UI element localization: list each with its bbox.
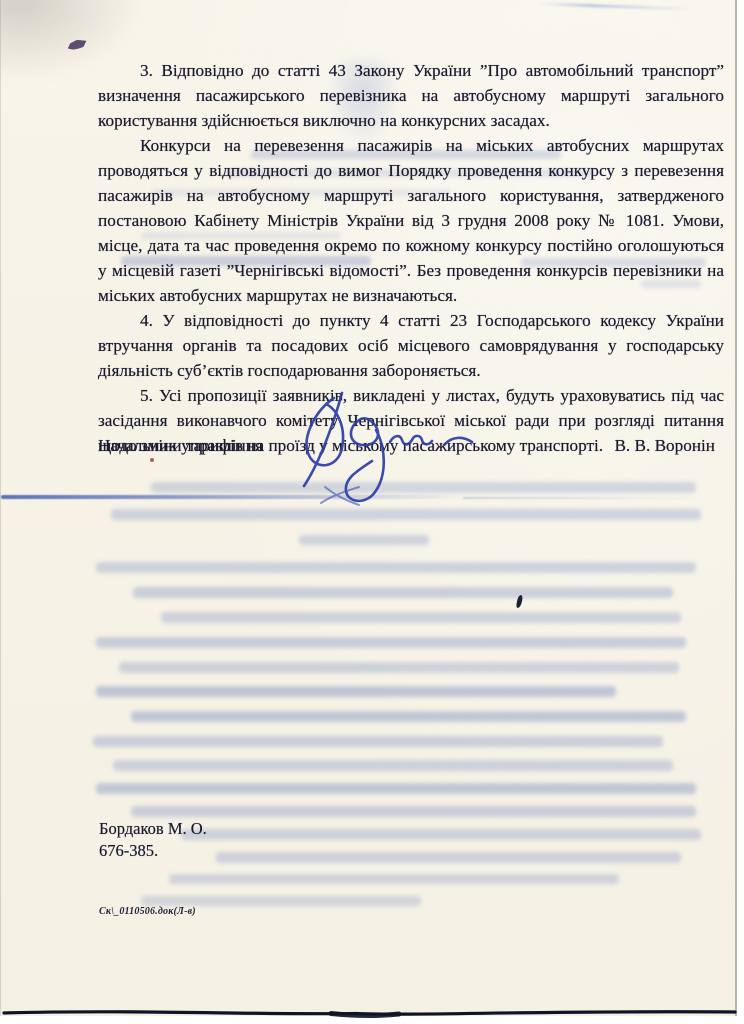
- executor-phone: 676-385.: [99, 840, 207, 862]
- red-speck: [150, 458, 154, 462]
- crease-cross-mark: [319, 483, 361, 509]
- fold-crease-ink-line: [1, 495, 466, 499]
- paragraph-3: 3. Відповідно до статті 43 Закону Україн…: [98, 58, 724, 133]
- signer-title: Начальник управління: [98, 436, 263, 456]
- paper-sheet: 3. Відповідно до статті 43 Закону Україн…: [0, 0, 737, 1016]
- signer-name: В. В. Воронін: [614, 436, 715, 456]
- paragraph-4: 4. У відповідності до пункту 4 статті 23…: [98, 308, 724, 383]
- scan-bottom-edge-line: [1, 1004, 738, 1020]
- executor-name: Бордаков М. О.: [99, 818, 207, 840]
- crease-wisp-top: [539, 2, 694, 10]
- signature-ink: [284, 390, 494, 512]
- ink-speck: [516, 595, 523, 609]
- fold-crease-faint-extension: [463, 497, 713, 499]
- file-reference: Ск\_0110506.док(Л-в): [99, 906, 196, 917]
- executor-block: Бордаков М. О. 676-385.: [99, 818, 207, 862]
- paragraph-3-continued: Конкурси на перевезення пасажирів на міс…: [98, 133, 724, 308]
- scanned-letter-screenshot: { "document": { "language": "uk", "body_…: [0, 0, 744, 1024]
